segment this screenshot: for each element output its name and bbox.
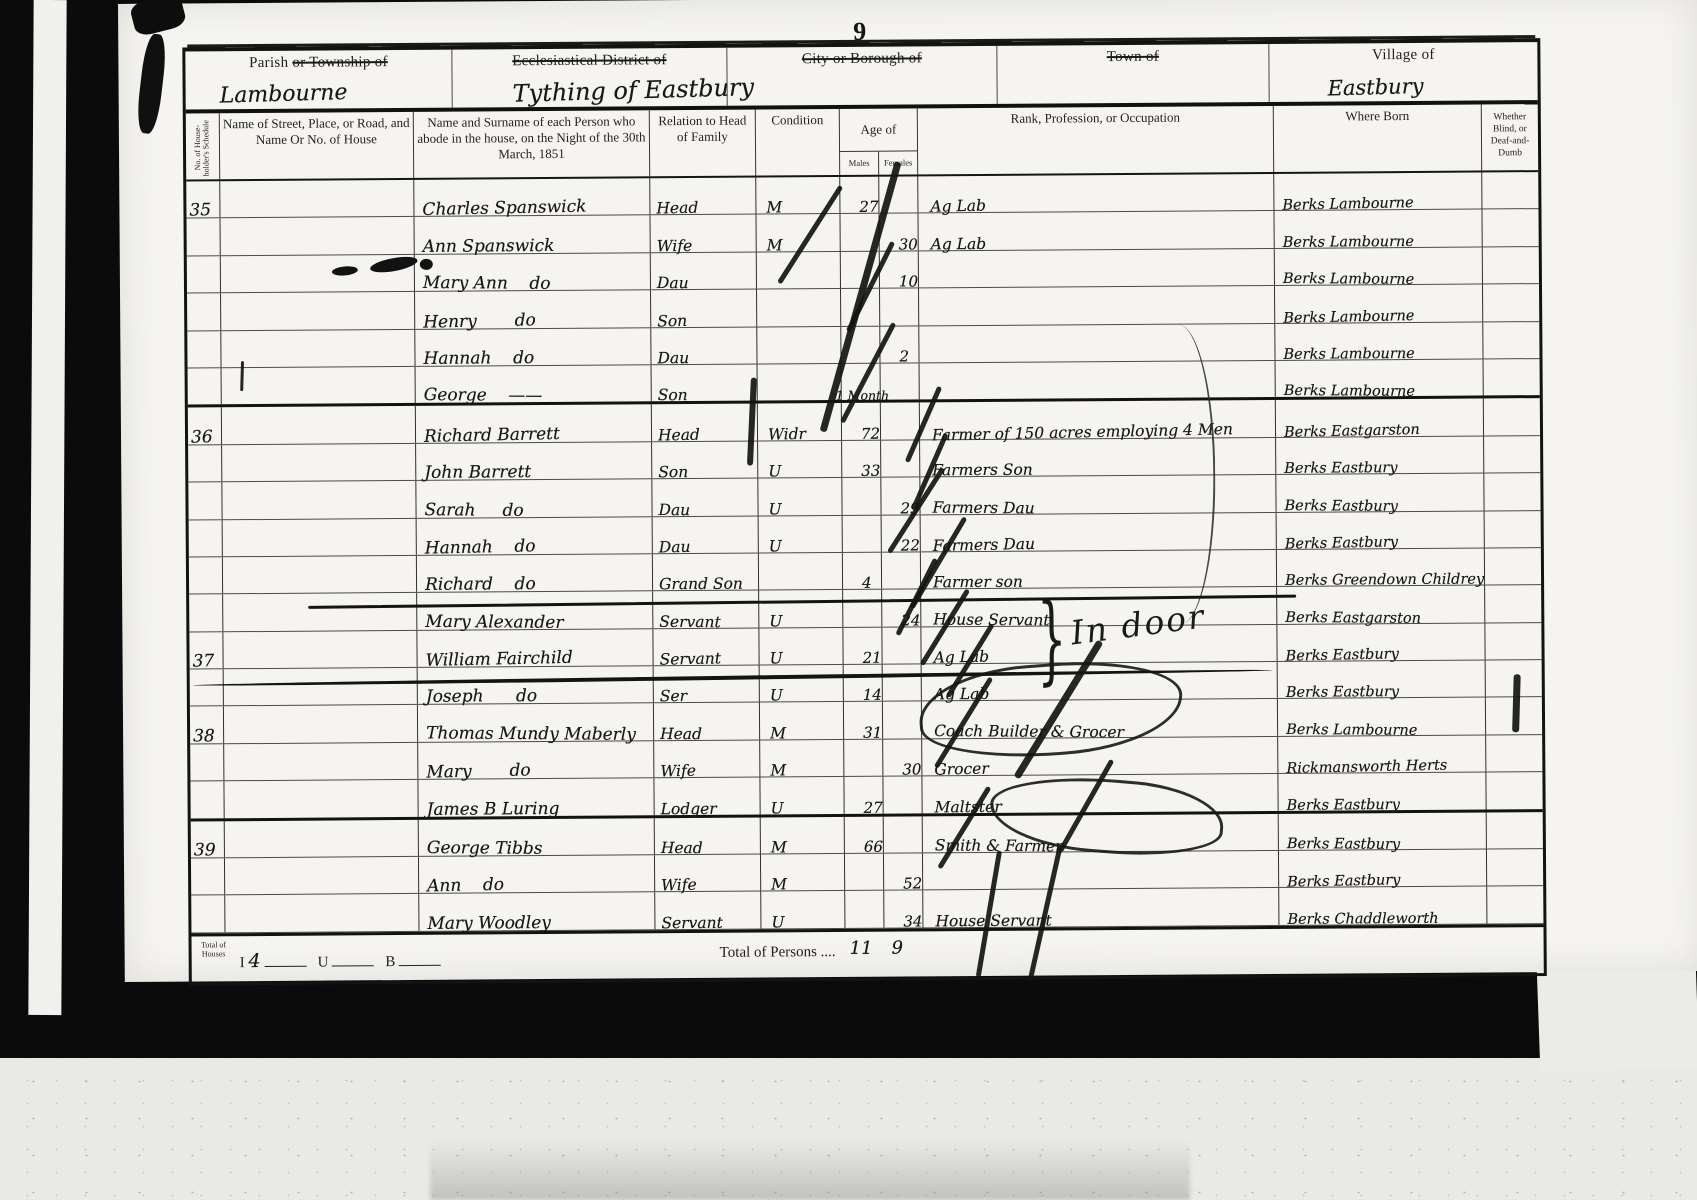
cell-born: Berks Lambourne: [1275, 322, 1483, 360]
building-blank: [399, 951, 441, 966]
col-age: Age of Males Females: [840, 108, 918, 175]
cell-condition: U: [760, 665, 844, 702]
cell-street: [224, 743, 418, 781]
cell-condition: M: [761, 854, 845, 891]
cell-infirm: [1486, 772, 1542, 809]
col-infirmity: Whether Blind, or Deaf-and-Dumb: [1482, 104, 1538, 170]
cell-condition: U: [761, 891, 845, 928]
ecclesiastical-district-field: Ecclesiastical District of Tything of Ea…: [452, 48, 727, 108]
handwritten-entry: James B Luring: [427, 799, 560, 820]
cell-sched: [190, 744, 224, 781]
col-schedule-number: No. of House-holder's Schedule: [186, 113, 220, 179]
cell-sched: [188, 368, 222, 405]
village-field: Village of Eastbury: [1269, 42, 1537, 102]
cell-street: [221, 217, 415, 255]
cell-sched: [187, 331, 221, 368]
cell-condition: M: [760, 740, 844, 777]
cell-age-m: 21: [843, 627, 882, 664]
locality-header: Parish or Township of Lambourne Ecclesia…: [185, 42, 1537, 113]
ecclesiastical-district-value: Tything of Eastbury: [512, 73, 754, 108]
cell-infirm: [1487, 812, 1543, 849]
cell-occupation: [920, 361, 1276, 400]
cell-sched: 35: [186, 181, 220, 218]
cell-sched: [188, 482, 222, 519]
cell-pname: Mary Woodley: [419, 893, 655, 931]
cell-sched: [188, 445, 222, 482]
cell-infirm: [1484, 473, 1540, 510]
cell-sched: [187, 256, 221, 293]
col-name-surname: Name and Surname of each Person who abod…: [414, 110, 650, 178]
cell-condition: U: [758, 441, 842, 478]
cell-age-m: 27: [844, 777, 883, 814]
uninhabited-label: U: [317, 954, 328, 970]
cell-relation: Lodger: [654, 778, 760, 815]
col-where-born: Where Born: [1274, 104, 1482, 171]
cell-age-m: 4: [843, 553, 882, 590]
age-of-label: Age of: [840, 108, 917, 151]
cell-condition: M: [761, 817, 845, 854]
cell-relation: Head: [654, 703, 760, 740]
cell-infirm: [1485, 548, 1541, 585]
cell-born: Berks Lambourne: [1275, 247, 1483, 285]
col-relation: Relation to Head of Family: [650, 110, 756, 177]
cell-infirm: [1484, 359, 1540, 396]
cell-relation: Son: [652, 364, 758, 401]
cell-condition: U: [759, 628, 843, 665]
cell-pname: George Tibbs: [419, 818, 655, 856]
cell-born: Berks Eastbury: [1276, 474, 1484, 512]
village-label: Village of: [1269, 42, 1537, 65]
ecclesiastical-district-label: Ecclesiastical District of: [452, 48, 726, 71]
cell-infirm: [1482, 209, 1538, 246]
inhabited-value: 4: [248, 950, 260, 972]
cell-condition: U: [759, 590, 843, 627]
cell-condition: [757, 289, 841, 326]
cell-born: Berks Eastgarston: [1276, 399, 1484, 437]
cell-condition: U: [758, 478, 842, 515]
cell-relation: Dau: [653, 516, 759, 553]
cell-age-f: 34: [884, 891, 923, 928]
cell-born: Rickmansworth Herts: [1278, 735, 1486, 773]
cell-street: [221, 292, 415, 330]
cell-pname: Hannah do: [417, 517, 653, 555]
cell-age-m: 14: [844, 665, 883, 702]
cell-relation: Head: [655, 817, 761, 854]
cell-pname: James B Luring: [418, 779, 654, 817]
cell-age-f: 30: [883, 739, 922, 776]
cell-born: Berks Eastbury: [1278, 661, 1486, 699]
cell-age-f: [880, 289, 919, 326]
cell-pname: Richard do: [417, 554, 653, 592]
cell-street: [223, 593, 417, 631]
cell-street: [222, 444, 416, 482]
ink-blot: [135, 33, 168, 135]
cell-relation: Ser: [654, 666, 760, 703]
cell-age-f: [883, 702, 922, 739]
ink-blot: [129, 0, 188, 38]
cell-street: [224, 705, 418, 743]
cell-born: Berks Lambourne: [1275, 285, 1483, 323]
cell-street: [222, 481, 416, 519]
total-persons-label: Total of Persons ....: [720, 944, 836, 962]
cell-born: Berks Greendown Childrey: [1277, 548, 1485, 586]
age-males-label: Males: [840, 152, 879, 175]
cell-pname: Hannah do: [415, 328, 651, 366]
building-label: B: [385, 954, 395, 970]
cell-age-m: [843, 590, 882, 627]
handwritten-entry: Berks Eastbury: [1287, 797, 1400, 814]
cell-occupation: Farmers Dau: [920, 475, 1276, 514]
cell-age-f: [883, 664, 922, 701]
cell-street: [224, 780, 418, 818]
cell-age-f: [883, 777, 922, 814]
city-borough-label: City or Borough of: [727, 46, 996, 69]
cell-occupation: [923, 851, 1279, 890]
cell-sched: 39: [191, 821, 225, 858]
total-males: 11: [850, 938, 873, 959]
cell-age-f: 52: [884, 853, 923, 890]
handwritten-entry: George ——: [424, 385, 543, 406]
cell-pname: Ann Spanswick: [414, 216, 650, 254]
col-occupation: Rank, Profession, or Occupation: [918, 106, 1274, 174]
cell-infirm: [1483, 247, 1539, 284]
handwritten-entry: U: [771, 799, 784, 817]
cell-born: Berks Lambourne: [1274, 210, 1482, 248]
cell-condition: [759, 553, 843, 590]
cell-sched: 38: [190, 707, 224, 744]
cell-age-f: [882, 552, 921, 589]
cell-born: Berks Eastbury: [1278, 773, 1486, 811]
inhabited-label: I: [240, 955, 245, 971]
cell-age-m: [844, 740, 883, 777]
cell-occupation: Farmer of 150 acres employing 4 Men: [920, 400, 1276, 439]
cell-infirm: [1487, 886, 1543, 923]
parish-label: Parish or Township of: [185, 50, 451, 73]
cell-sched: 36: [188, 408, 222, 445]
cell-relation: Servant: [653, 628, 759, 665]
inhabited-blank: [264, 952, 306, 967]
cell-occupation: Farmers Son: [920, 438, 1276, 477]
cell-occupation: House Servant: [923, 888, 1279, 927]
cell-occupation: Farmer son: [921, 550, 1277, 589]
cell-born: Berks Lambourne: [1276, 359, 1484, 397]
scanner-edge-strip: [28, 0, 66, 1015]
cell-infirm: [1486, 735, 1542, 772]
cell-age-m: 33: [842, 440, 881, 477]
cell-born: Berks Eastbury: [1279, 849, 1487, 887]
cell-relation: Son: [652, 441, 758, 478]
cell-pname: Thomas Mundy Maberly: [418, 704, 654, 742]
cell-pname: Mary Alexander: [417, 592, 653, 630]
cell-age-m: [845, 854, 884, 891]
cell-age-m: 27: [840, 177, 879, 214]
cell-condition: U: [760, 777, 844, 814]
cell-pname: George ——: [416, 365, 652, 403]
cell-born: Berks Lambourne: [1278, 698, 1486, 736]
col-street: Name of Street, Place, or Road, and Name…: [220, 112, 414, 179]
cell-relation: Servant: [655, 892, 761, 929]
cell-born: Berks Eastbury: [1279, 812, 1487, 850]
cell-occupation: [919, 323, 1275, 362]
cell-occupation: Ag Lab: [918, 174, 1274, 213]
scan-smudge: [430, 1140, 1190, 1200]
houses-totals: I 4 U B: [240, 949, 442, 972]
cell-street: [225, 894, 419, 932]
cell-infirm: [1483, 322, 1539, 359]
cell-infirm: [1484, 436, 1540, 473]
totals-row: Total of Houses I 4 U B Total of Persons…: [191, 924, 1543, 982]
cell-condition: [757, 252, 841, 289]
cell-relation: Servant: [653, 591, 759, 628]
cell-pname: John Barrett: [416, 442, 652, 480]
cell-occupation: Ag Lab: [918, 211, 1274, 250]
cell-pname: Joseph do: [418, 666, 654, 704]
cell-born: Berks Lambourne: [1274, 172, 1482, 210]
cell-infirm: [1487, 849, 1543, 886]
cell-infirm: [1485, 511, 1541, 548]
cell-relation: Son: [651, 290, 757, 327]
cell-street: [223, 631, 417, 669]
cell-occupation: Farmers Dau: [921, 512, 1277, 551]
cell-infirm: [1485, 585, 1541, 622]
cell-pname: Ann do: [419, 855, 655, 893]
cell-pname: Charles Spanswick: [414, 178, 650, 216]
cell-occupation: [919, 286, 1275, 325]
cell-relation: Grand Son: [653, 553, 759, 590]
handwritten-entry: Berks Lambourne: [1284, 383, 1415, 400]
cell-street: [225, 857, 419, 895]
cell-relation: Head: [650, 178, 756, 215]
scan-background: 9 Parish or Township of Lambourne Eccles…: [0, 0, 1697, 1200]
cell-sched: [190, 669, 224, 706]
town-field: Town of: [997, 44, 1269, 104]
cell-sched: [187, 219, 221, 256]
cell-occupation: [919, 249, 1275, 288]
cell-pname: Henry do: [415, 290, 651, 328]
town-label: Town of: [997, 44, 1268, 67]
cell-born: Berks Eastbury: [1277, 623, 1485, 661]
cell-born: Berks Chaddleworth: [1279, 887, 1487, 925]
cell-age-m: [845, 891, 884, 928]
cell-pname: Sarah do: [416, 479, 652, 517]
city-borough-field: City or Borough of: [727, 46, 997, 106]
cell-relation: Dau: [651, 327, 757, 364]
parish-field: Parish or Township of Lambourne: [185, 50, 452, 110]
uninhabited-blank: [332, 951, 374, 966]
handwritten-entry: Lodger: [661, 799, 717, 817]
handwritten-entry: Son: [658, 386, 688, 404]
cell-street: [223, 518, 417, 556]
cell-age-m: [842, 478, 881, 515]
cell-street: [224, 668, 418, 706]
cell-relation: Dau: [651, 252, 757, 289]
cell-age-f: [881, 403, 920, 440]
col-condition: Condition: [756, 109, 840, 176]
cell-relation: Wife: [654, 740, 760, 777]
cell-sched: [189, 557, 223, 594]
cell-condition: U: [759, 515, 843, 552]
cell-age-m: 66: [845, 816, 884, 853]
cell-born: Berks Eastgarston: [1277, 586, 1485, 624]
cell-condition: [757, 327, 841, 364]
ink-blot: [420, 259, 433, 270]
cell-sched: [189, 520, 223, 557]
cell-sched: [189, 595, 223, 632]
handwritten-entry: 27: [864, 798, 883, 816]
census-page: 9 Parish or Township of Lambourne Eccles…: [118, 0, 1697, 982]
cell-infirm: [1485, 623, 1541, 660]
cell-pname: William Fairchild: [417, 629, 653, 667]
cell-age-m: [843, 515, 882, 552]
cell-infirm: [1483, 284, 1539, 321]
cell-sched: 37: [189, 632, 223, 669]
cell-relation: Wife: [650, 215, 756, 252]
census-table: Parish or Township of Lambourne Ecclesia…: [182, 38, 1547, 985]
cell-relation: Head: [652, 404, 758, 441]
cell-age-m: 31: [844, 702, 883, 739]
cell-pname: Richard Barrett: [416, 405, 652, 443]
parish-value: Lambourne: [219, 80, 347, 109]
cell-street: [223, 556, 417, 594]
cell-infirm: [1482, 172, 1538, 209]
cell-infirm: [1484, 398, 1540, 435]
cell-born: Berks Eastbury: [1276, 436, 1484, 474]
cell-street: [222, 367, 416, 405]
column-headers: No. of House-holder's Schedule Name of S…: [186, 104, 1538, 181]
cell-born: Berks Eastbury: [1277, 511, 1485, 549]
cell-street: [225, 820, 419, 858]
cell-street: [220, 180, 414, 218]
cell-sched: [190, 782, 224, 819]
cell-street: [222, 406, 416, 444]
cell-pname: Mary Ann do: [415, 253, 651, 291]
cell-age-f: [884, 816, 923, 853]
cell-sched: [187, 293, 221, 330]
total-houses-label: Total of Houses: [193, 940, 235, 959]
cell-street: [221, 329, 415, 367]
cell-relation: Dau: [652, 479, 758, 516]
cell-pname: Mary do: [418, 741, 654, 779]
village-value: Eastbury: [1327, 74, 1424, 101]
cell-condition: M: [760, 702, 844, 739]
total-females: 9: [892, 937, 904, 958]
cell-sched: [191, 858, 225, 895]
cell-relation: Wife: [655, 855, 761, 892]
cell-sched: [191, 896, 225, 933]
cell-age-f: [882, 627, 921, 664]
handwritten-entry: 1 Month: [836, 388, 889, 403]
